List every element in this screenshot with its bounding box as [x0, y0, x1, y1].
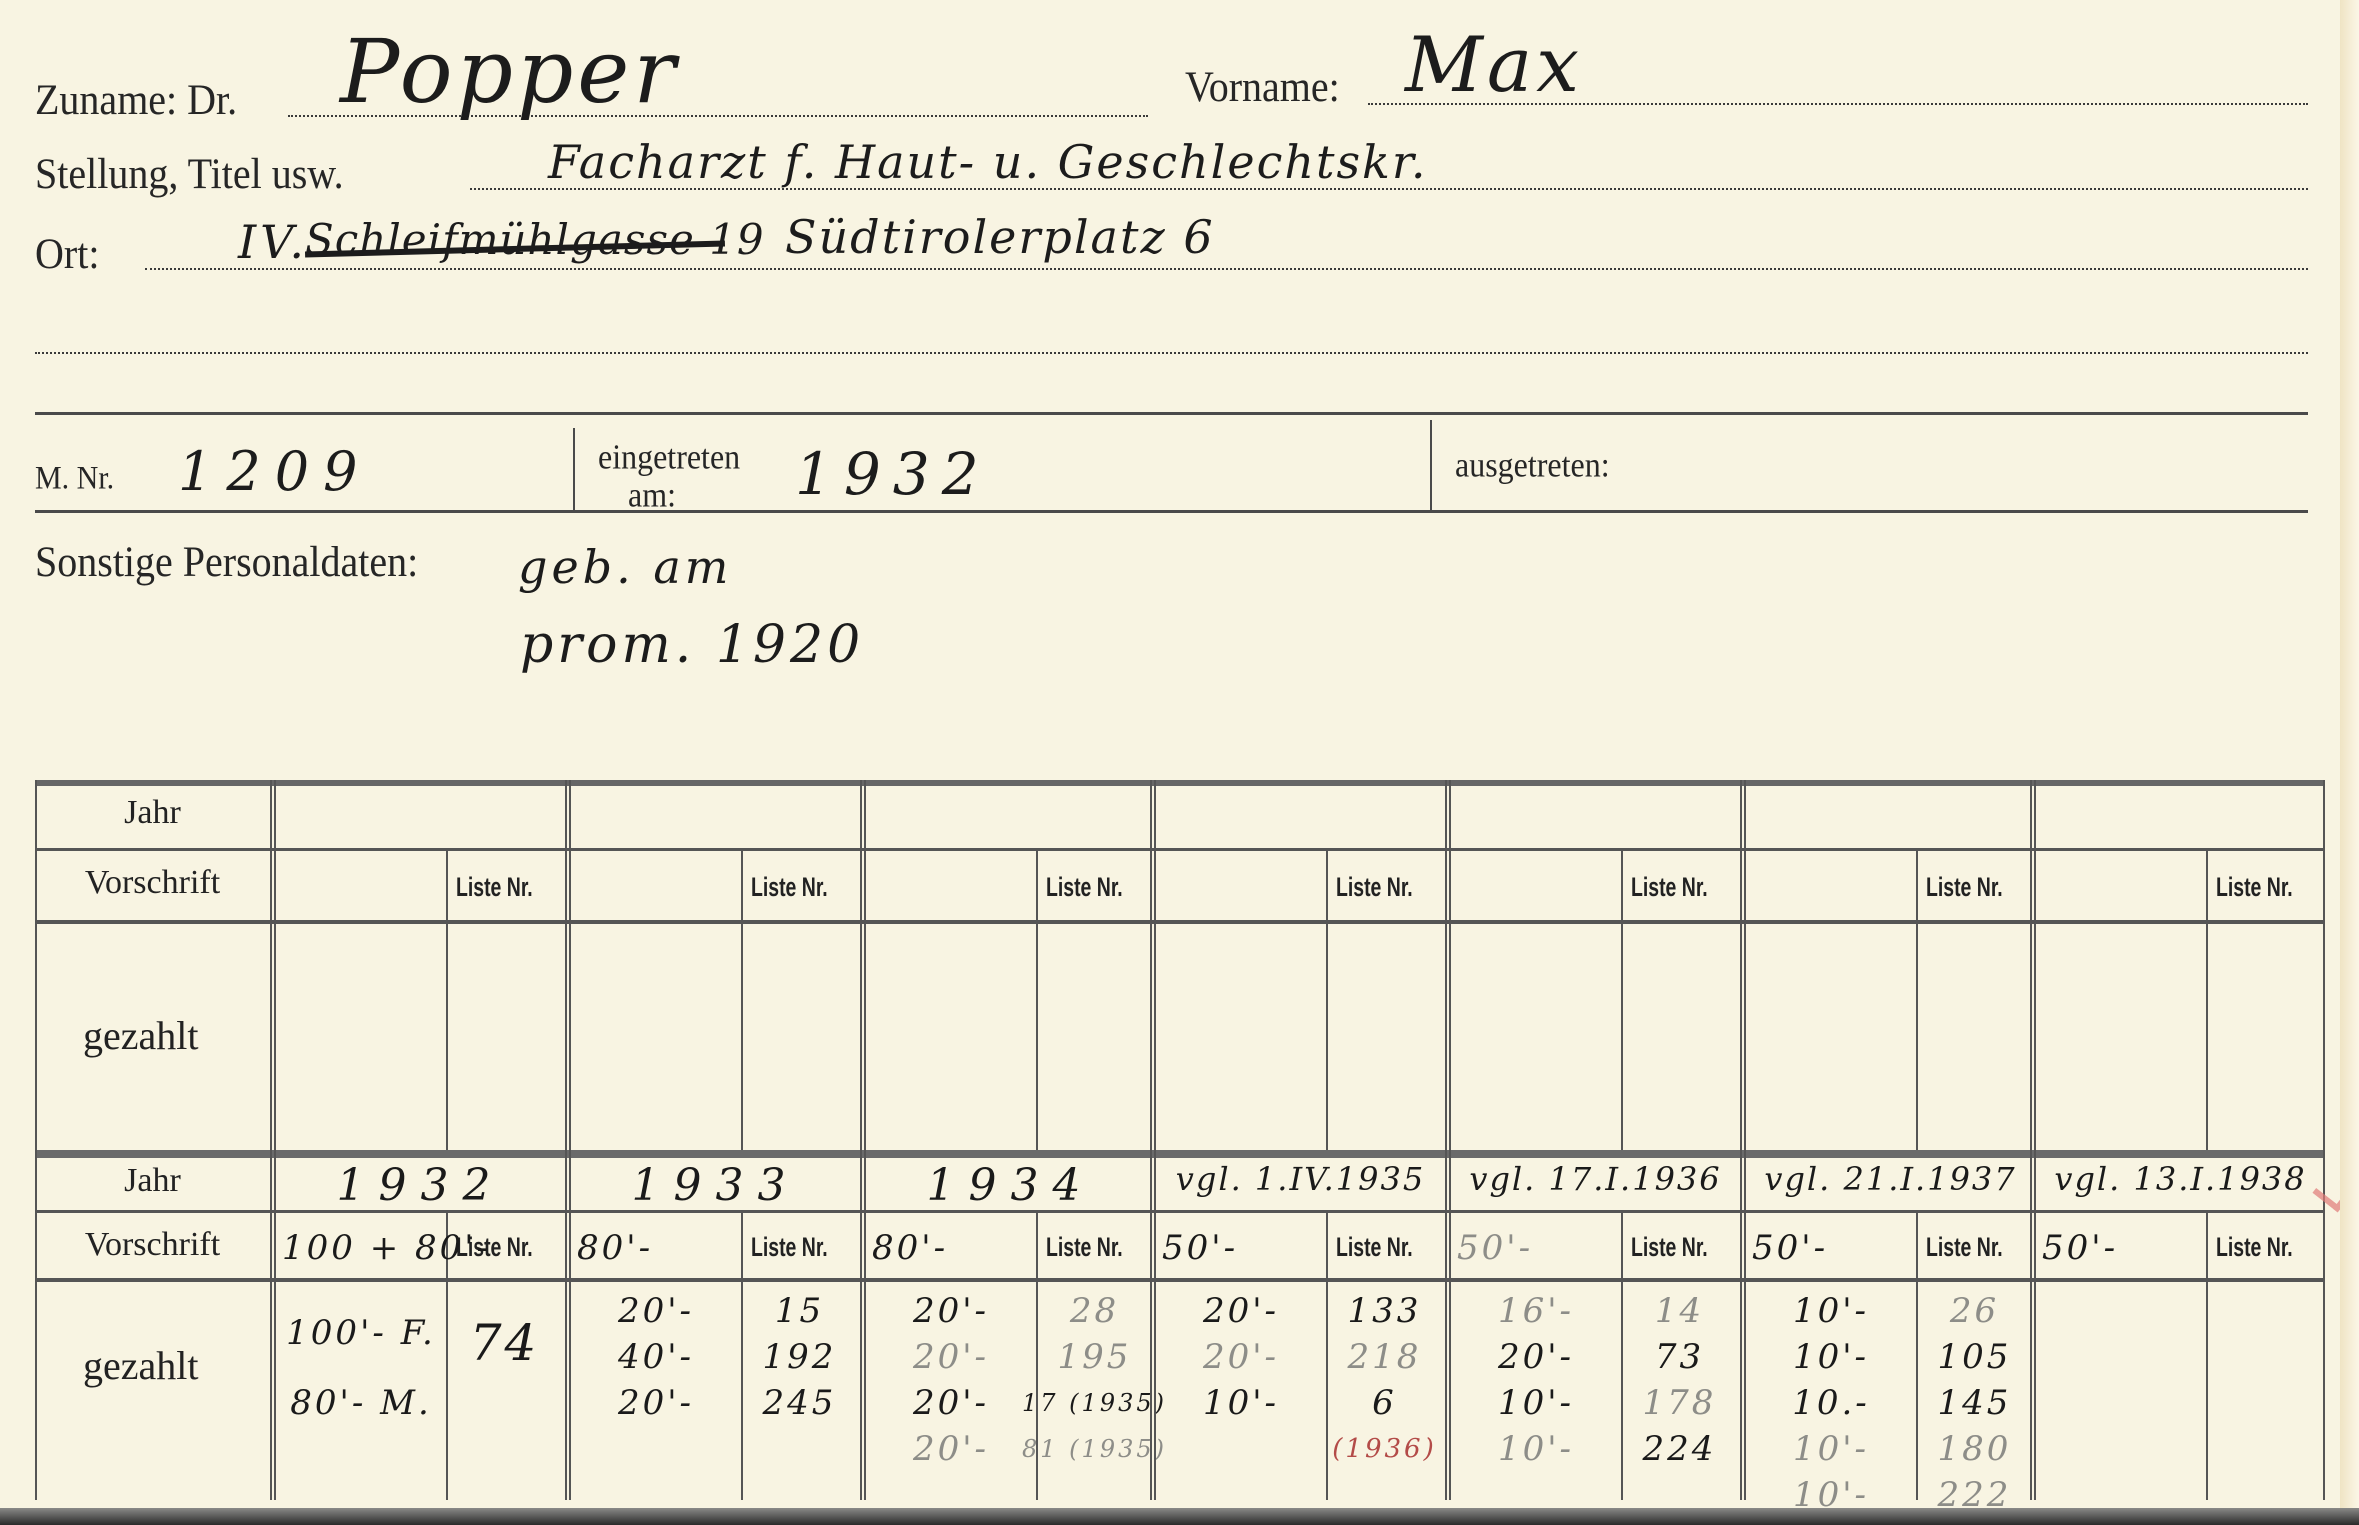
scan-shadow — [0, 1508, 2359, 1525]
list-divider — [1621, 848, 1623, 1150]
surname-value: Popper — [340, 20, 679, 123]
list-number: 133 — [1348, 1288, 1422, 1334]
paid-values: 10'-10'-10.-10'-10'- — [1750, 1288, 1912, 1518]
member-no-value: 1209 — [178, 440, 371, 503]
year-value: vgl. 1.IV.1935 — [1158, 1160, 1443, 1198]
position-label: Stellung, Titel usw. — [35, 148, 344, 199]
list-divider — [1326, 1210, 1328, 1500]
paid-values: 20'-40'-20'- — [575, 1288, 737, 1426]
prescribed-value: 80'- — [872, 1228, 948, 1268]
list-number: 28 — [1070, 1288, 1119, 1334]
column-divider — [1150, 780, 1156, 1500]
paid-amount: 10.- — [1792, 1380, 1870, 1426]
list-numbers: 2819517 (1935)81 (1935) — [1040, 1288, 1149, 1472]
list-number: 14 — [1655, 1288, 1704, 1334]
extra-line — [35, 352, 2308, 354]
list-divider — [1036, 848, 1038, 1150]
list-no-label: Liste Nr. — [1336, 872, 1413, 903]
list-number: 145 — [1938, 1380, 2012, 1426]
joined-label: eingetreten — [598, 437, 740, 477]
column-divider — [270, 780, 276, 1500]
paid-amount: 20'- — [618, 1288, 694, 1334]
list-number: 218 — [1348, 1334, 1422, 1380]
paid-amount: 10'- — [1793, 1288, 1869, 1334]
other-data-line-1: geb. am — [518, 540, 732, 594]
column-divider — [2030, 780, 2036, 1500]
prescribed-label-upper: Vorschrift — [35, 864, 270, 902]
membership-card: Zuname: Dr. Popper Vorname: Max Stellung… — [0, 0, 2340, 1510]
list-number: 15 — [775, 1288, 824, 1334]
column-divider — [565, 780, 571, 1500]
prescribed-value: 50'- — [2042, 1228, 2118, 1268]
column-divider — [1740, 780, 1746, 1500]
list-numbers: 1473178224 — [1625, 1288, 1734, 1472]
list-no-label: Liste Nr. — [2216, 1232, 2293, 1263]
left-label: ausgetreten: — [1455, 445, 1610, 485]
list-divider — [2206, 1210, 2208, 1500]
position-value: Facharzt f. Haut- u. Geschlechtskr. — [548, 135, 1428, 189]
list-number: 192 — [763, 1334, 837, 1380]
divider — [573, 428, 575, 513]
list-no-label: Liste Nr. — [1046, 872, 1123, 903]
rule-bottom — [35, 510, 2308, 513]
list-number: 178 — [1643, 1380, 1717, 1426]
paid-values: 16'-20'-10'-10'- — [1455, 1288, 1617, 1472]
list-no-label: Liste Nr. — [2216, 872, 2293, 903]
year-value: 1934 — [868, 1160, 1153, 1211]
place-district: IV. — [238, 215, 308, 269]
prescribed-label-lower: Vorschrift — [35, 1226, 270, 1264]
prescribed-value: 100 + 80'- — [282, 1228, 491, 1268]
paid-amount: 20'- — [913, 1334, 989, 1380]
list-divider — [1916, 1210, 1918, 1500]
paid-amount: 10'- — [1793, 1426, 1869, 1472]
paid-amount: 100'- F. — [286, 1298, 436, 1368]
paid-label-lower: gezahlt — [83, 1342, 199, 1389]
prescribed-value: 50'- — [1457, 1228, 1533, 1268]
list-number: 180 — [1938, 1426, 2012, 1472]
paid-amount: 20'- — [1498, 1334, 1574, 1380]
list-number: 81 (1935) — [1022, 1426, 1167, 1472]
paid-amount: 20'- — [913, 1380, 989, 1426]
list-divider — [741, 1210, 743, 1500]
member-no-label: M. Nr. — [35, 460, 114, 497]
list-number: 245 — [763, 1380, 837, 1426]
paid-amount: 20'- — [1203, 1288, 1279, 1334]
list-number: 105 — [1938, 1334, 2012, 1380]
list-no-label: Liste Nr. — [1926, 872, 2003, 903]
rule-top — [35, 412, 2308, 415]
list-no-label: Liste Nr. — [456, 872, 533, 903]
list-number: 195 — [1058, 1334, 1132, 1380]
place-value: Südtirolerplatz 6 — [785, 210, 1215, 264]
list-numbers: 74 — [450, 1320, 559, 1366]
column-divider — [1445, 780, 1451, 1500]
paid-amount: 20'- — [618, 1380, 694, 1426]
card-edge — [2340, 0, 2359, 1525]
list-numbers: 15192245 — [745, 1288, 854, 1426]
list-number: 224 — [1643, 1426, 1717, 1472]
list-number: 74 — [470, 1320, 540, 1366]
firstname-value: Max — [1405, 20, 1583, 109]
list-number: 26 — [1950, 1288, 1999, 1334]
prescribed-value: 50'- — [1162, 1228, 1238, 1268]
red-annotation: (1936) — [1332, 1426, 1436, 1472]
paid-amount: 10'- — [1498, 1426, 1574, 1472]
other-data-label: Sonstige Personaldaten: — [35, 536, 418, 587]
paid-values: 20'-20'-20'-20'- — [870, 1288, 1032, 1472]
year-label-upper: Jahr — [35, 794, 270, 832]
list-no-label: Liste Nr. — [1336, 1232, 1413, 1263]
list-number: 17 (1935) — [1022, 1380, 1167, 1426]
paid-amount: 16'- — [1498, 1288, 1574, 1334]
firstname-label: Vorname: — [1185, 61, 1340, 112]
paid-amount: 20'- — [913, 1426, 989, 1472]
year-value: vgl. 21.I.1937 — [1748, 1160, 2033, 1198]
joined-label-am: am: — [628, 475, 676, 515]
column-divider — [860, 780, 866, 1500]
year-label-lower: Jahr — [35, 1162, 270, 1200]
year-value: 1933 — [573, 1160, 858, 1211]
paid-amount: 10'- — [1793, 1334, 1869, 1380]
list-no-label: Liste Nr. — [1631, 1232, 1708, 1263]
list-number: 73 — [1655, 1334, 1704, 1380]
list-divider — [1916, 848, 1918, 1150]
paid-label-upper: gezahlt — [83, 1012, 199, 1059]
list-no-label: Liste Nr. — [1046, 1232, 1123, 1263]
list-divider — [2206, 848, 2208, 1150]
list-no-label: Liste Nr. — [751, 1232, 828, 1263]
fee-table: Jahr Vorschrift gezahlt Jahr Vorschrift … — [35, 780, 2325, 1500]
divider — [1430, 420, 1432, 510]
list-numbers: 1332186(1936) — [1330, 1288, 1439, 1472]
paid-values: 20'-20'-10'- — [1160, 1288, 1322, 1426]
place-struck-value: Schleifmühlgasse 19 — [305, 215, 765, 264]
place-line — [145, 268, 2308, 270]
list-no-label: Liste Nr. — [1631, 872, 1708, 903]
surname-label: Zuname: Dr. — [35, 74, 237, 125]
place-label: Ort: — [35, 228, 99, 279]
paid-amount: 40'- — [618, 1334, 694, 1380]
list-divider — [741, 848, 743, 1150]
paid-amount: 80'- M. — [290, 1368, 432, 1438]
joined-value: 1932 — [795, 440, 991, 508]
list-no-label: Liste Nr. — [1926, 1232, 2003, 1263]
other-data-line-2: prom. 1920 — [520, 615, 864, 675]
list-numbers: 26105145180222 — [1920, 1288, 2029, 1518]
paid-amount: 20'- — [1203, 1334, 1279, 1380]
paid-amount: 10'- — [1498, 1380, 1574, 1426]
list-divider — [446, 848, 448, 1150]
list-number: 6 — [1372, 1380, 1397, 1426]
list-divider — [1326, 848, 1328, 1150]
list-divider — [1621, 1210, 1623, 1500]
prescribed-value: 80'- — [577, 1228, 653, 1268]
year-value: 1932 — [278, 1160, 563, 1211]
year-value: vgl. 13.I.1938 — [2038, 1160, 2323, 1198]
year-value: vgl. 17.I.1936 — [1453, 1160, 1738, 1198]
paid-values: 100'- F.80'- M. — [280, 1298, 442, 1438]
paid-amount: 10'- — [1203, 1380, 1279, 1426]
prescribed-value: 50'- — [1752, 1228, 1828, 1268]
list-no-label: Liste Nr. — [751, 872, 828, 903]
paid-amount: 20'- — [913, 1288, 989, 1334]
